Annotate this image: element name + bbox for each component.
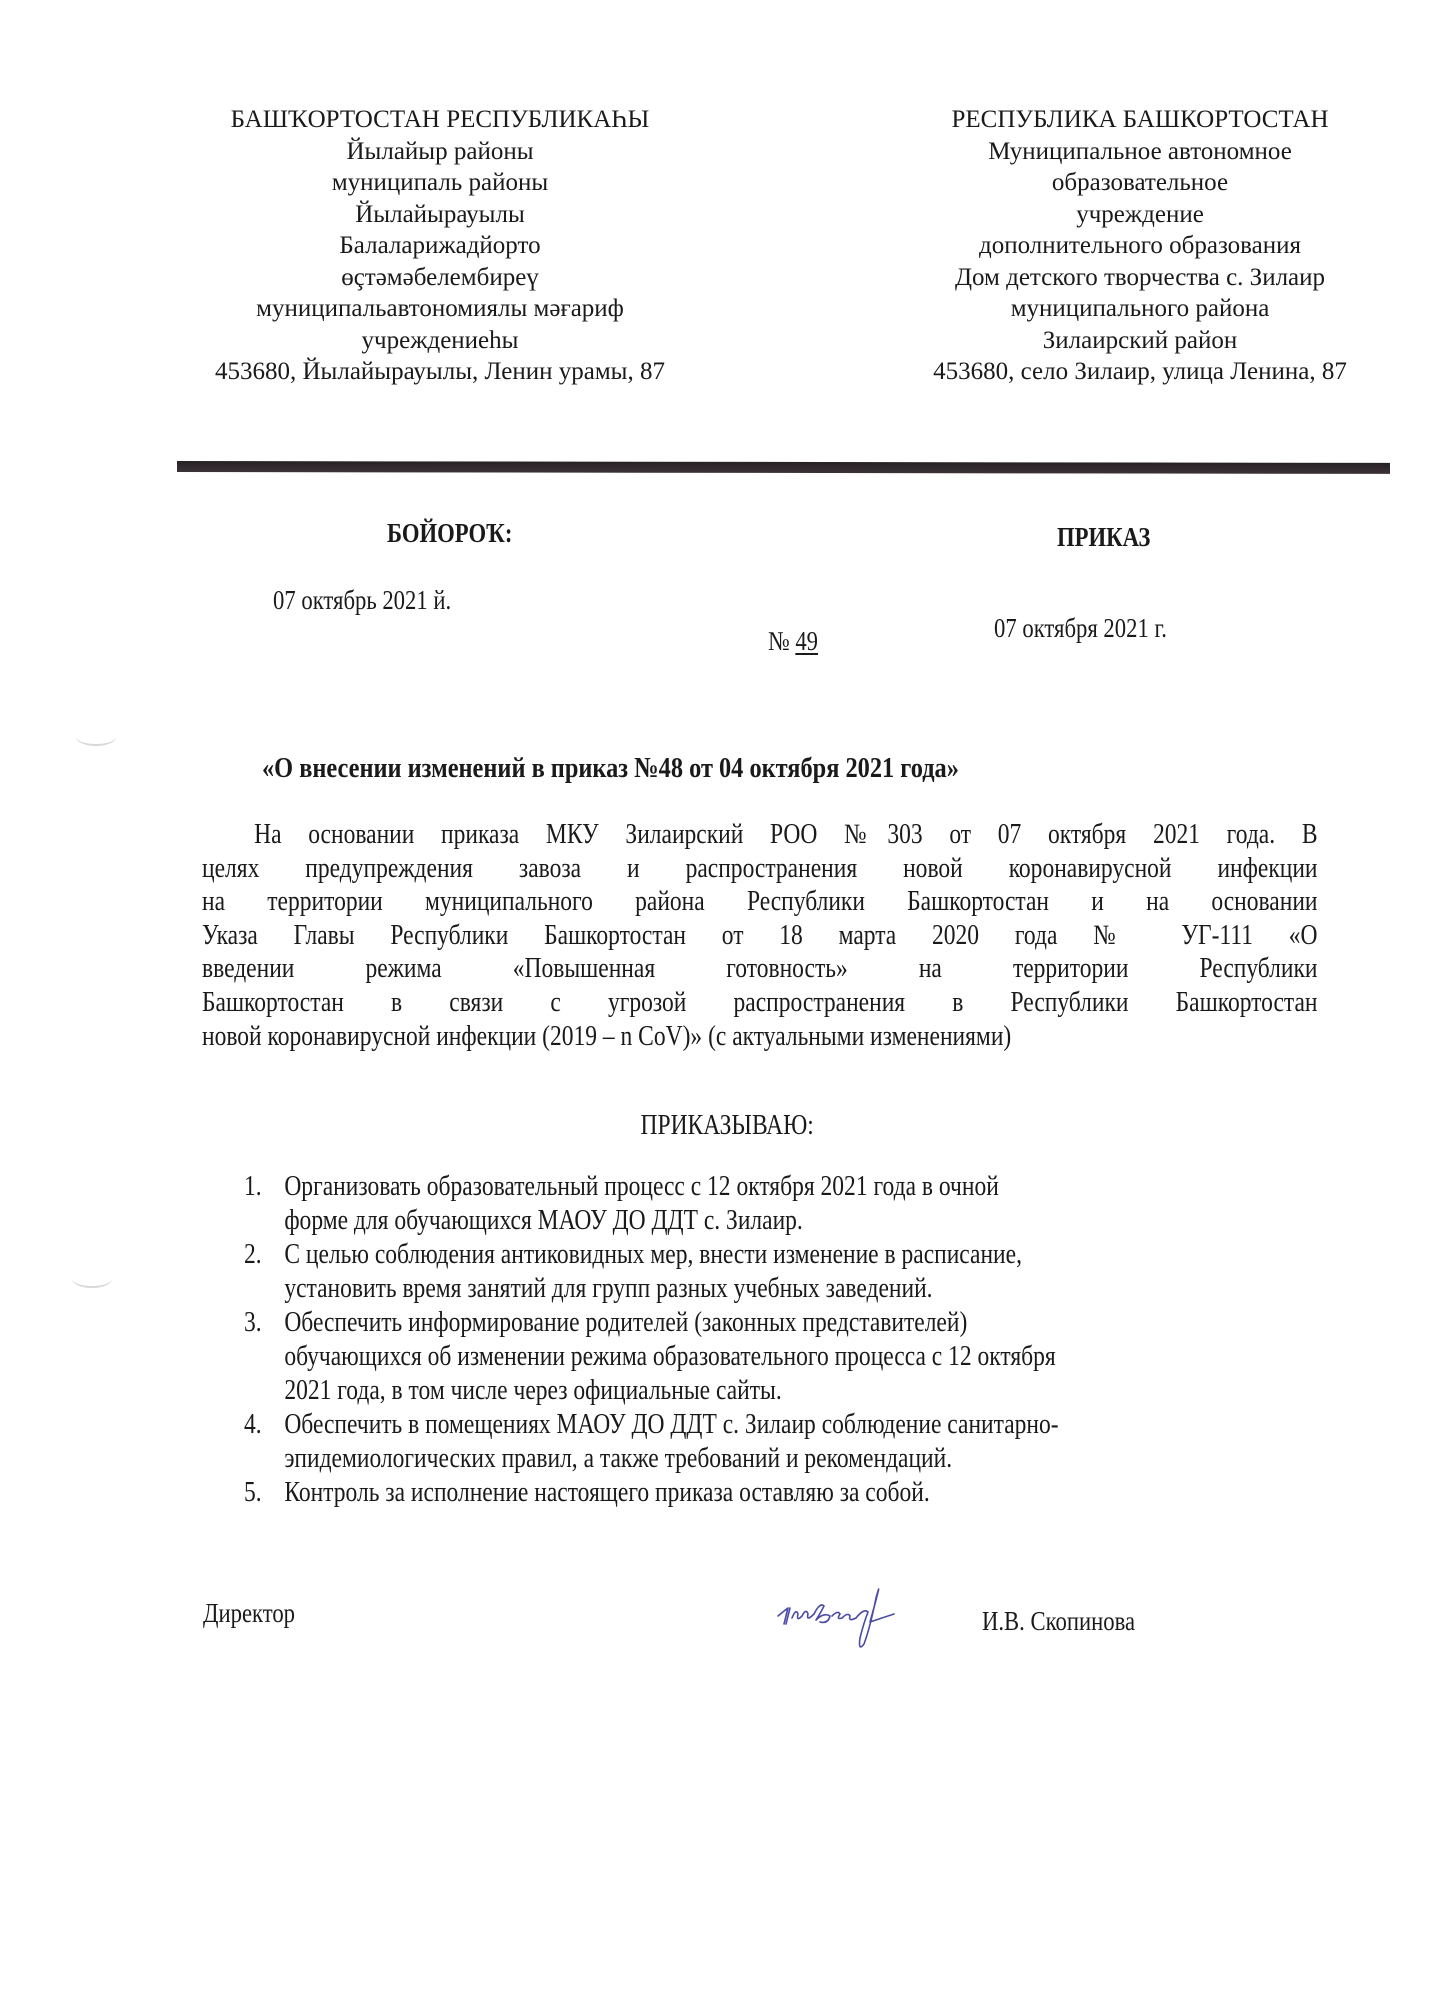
header-bashkir-line: Йылайыр районы: [170, 136, 710, 168]
order-item-text: С целью соблюдения антиковидных мер, вне…: [284, 1238, 1344, 1306]
order-item-number: 5.: [244, 1476, 262, 1510]
header-russian-line: муниципального района: [880, 293, 1400, 325]
preamble-line: на территории муниципального района Респ…: [202, 885, 1318, 919]
order-item-number: 3.: [244, 1306, 262, 1340]
order-title-bashkir: БОЙОРОҠ:: [387, 518, 536, 549]
order-item: 4. Обеспечить в помещениях МАОУ ДО ДДТ с…: [244, 1408, 1344, 1476]
order-item-number: 4.: [244, 1408, 262, 1442]
header-russian-line: Муниципальное автономное: [880, 136, 1400, 168]
order-item: 3. Обеспечить информирование родителей (…: [244, 1306, 1344, 1408]
document-title: «О внесении изменений в приказ №48 от 04…: [262, 752, 1092, 785]
header-russian-line: учреждение: [880, 199, 1400, 231]
header-bashkir-line: муниципальавтономиялы мәғариф: [170, 293, 710, 325]
header-bashkir-address: 453680, Йылайырауылы, Ленин урамы, 87: [170, 356, 710, 388]
order-heading: ПРИКАЗЫВАЮ:: [0, 1110, 1454, 1142]
preamble-paragraph: На основании приказа МКУ Зилаирский РОО …: [202, 818, 1318, 1053]
order-item-text: Контроль за исполнение настоящего приказ…: [284, 1476, 1344, 1510]
header-bashkir-line: өçтәмәбелембиреү: [170, 262, 710, 294]
header-russian-line: дополнительного образования: [880, 230, 1400, 262]
order-title-russian: ПРИКАЗ: [1057, 522, 1168, 553]
preamble-line: Башкортостан в связи с угрозой распростр…: [202, 986, 1318, 1020]
order-item-text: Организовать образовательный процесс с 1…: [284, 1170, 1344, 1238]
signature-icon: [770, 1578, 940, 1678]
order-item-number: 1.: [244, 1170, 262, 1204]
header-bashkir-line: муниципаль районы: [170, 167, 710, 199]
director-label: Директор: [203, 1598, 313, 1629]
header-divider: [177, 461, 1390, 474]
order-number-prefix: №: [768, 626, 795, 656]
header-russian-line: РЕСПУБЛИКА БАШКОРТОСТАН: [880, 104, 1400, 136]
header-russian-line: Зилаирский район: [880, 325, 1400, 357]
header-bashkir-line: Балаларижадйорто: [170, 230, 710, 262]
preamble-line: целях предупреждения завоза и распростра…: [202, 852, 1318, 886]
order-date-bashkir: 07 октябрь 2021 й.: [273, 585, 485, 616]
order-items-list: 1. Организовать образовательный процесс …: [244, 1170, 1344, 1510]
order-item: 1. Организовать образовательный процесс …: [244, 1170, 1344, 1238]
order-item: 2. С целью соблюдения антиковидных мер, …: [244, 1238, 1344, 1306]
order-item-text: Обеспечить в помещениях МАОУ ДО ДДТ с. З…: [284, 1408, 1344, 1476]
order-number-value: 49: [795, 626, 818, 656]
header-bashkir-line: Йылайырауылы: [170, 199, 710, 231]
order-date-russian: 07 октября 2021 г.: [994, 613, 1200, 644]
preamble-line: новой коронавирусной инфекции (2019 – n …: [202, 1020, 1318, 1054]
order-number: № 49: [768, 626, 828, 657]
header-bashkir-line: учреждениеһы: [170, 325, 710, 357]
order-item-text: Обеспечить информирование родителей (зак…: [284, 1306, 1344, 1408]
header-bashkir-block: БАШҠОРТОСТАН РЕСПУБЛИКАҺЫ Йылайыр районы…: [170, 104, 710, 388]
scan-mark: [72, 1270, 112, 1288]
header-russian-line: Дом детского творчества с. Зилаир: [880, 262, 1400, 294]
preamble-line: введении режима «Повышенная готовность» …: [202, 952, 1318, 986]
order-item-number: 2.: [244, 1238, 262, 1272]
order-item: 5. Контроль за исполнение настоящего при…: [244, 1476, 1344, 1510]
scan-mark: [76, 728, 116, 746]
director-name: И.В. Скопинова: [982, 1606, 1164, 1637]
header-russian-block: РЕСПУБЛИКА БАШКОРТОСТАН Муниципальное ав…: [880, 104, 1400, 388]
header-russian-address: 453680, село Зилаир, улица Ленина, 87: [880, 356, 1400, 388]
header-bashkir-line: БАШҠОРТОСТАН РЕСПУБЛИКАҺЫ: [170, 104, 710, 136]
header-russian-line: образовательное: [880, 167, 1400, 199]
preamble-line: На основании приказа МКУ Зилаирский РОО …: [202, 818, 1318, 852]
preamble-line: Указа Главы Республики Башкортостан от 1…: [202, 919, 1318, 953]
